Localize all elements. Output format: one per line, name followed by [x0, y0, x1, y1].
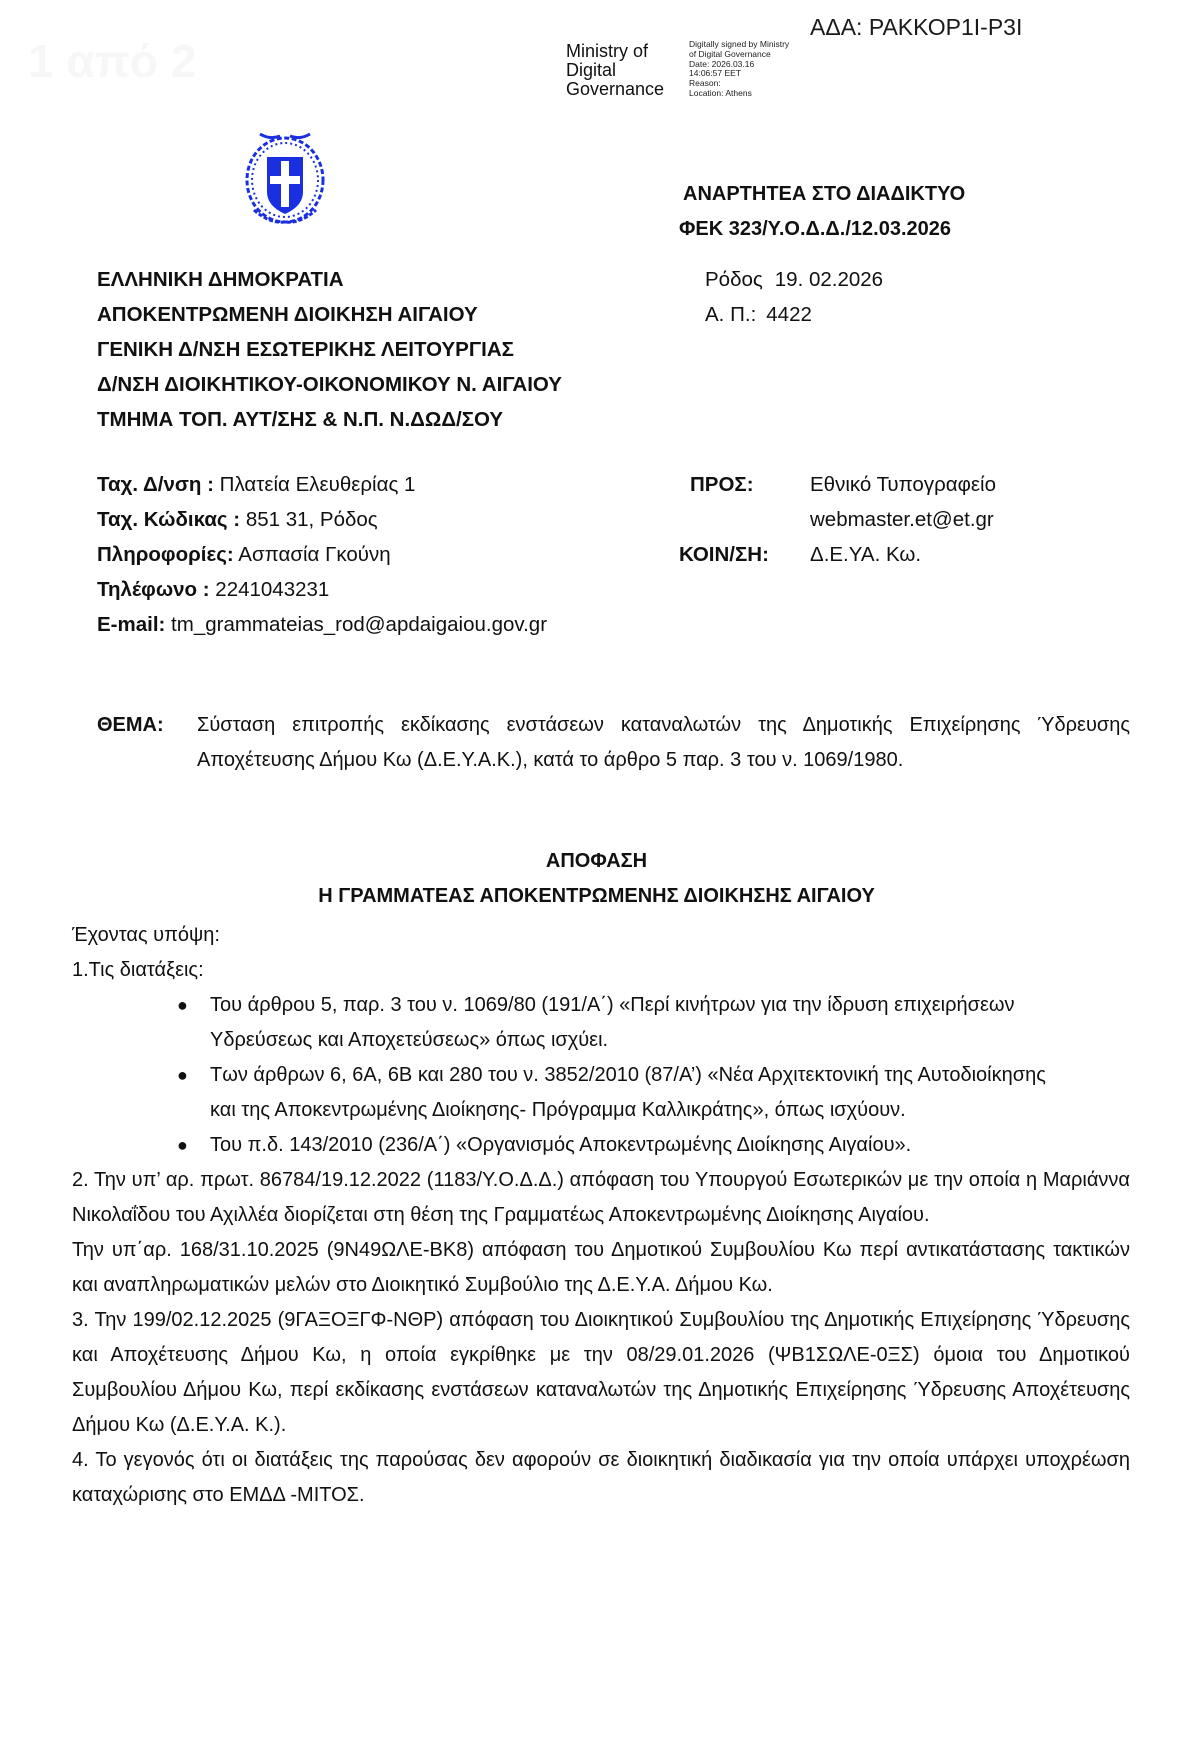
list-item: ●Του άρθρου 5, παρ. 3 του ν. 1069/80 (19…	[72, 988, 1130, 1058]
signature-organization: Ministry of Digital Governance	[566, 42, 686, 99]
list-item: ●Των άρθρων 6, 6Α, 6Β και 280 του ν. 385…	[72, 1058, 1130, 1128]
contact-phone: Τηλέφωνο : 2241043231	[97, 572, 547, 607]
contact-postcode: Ταχ. Κώδικας : 851 31, Ρόδος	[97, 502, 547, 537]
contact-address: Ταχ. Δ/νση : Πλατεία Ελευθερίας 1	[97, 467, 547, 502]
subject-text: Σύσταση επιτροπής εκδίκασης ενστάσεων κα…	[197, 708, 1130, 778]
publication-notice: ΑΝΑΡΤΗΤΕΑ ΣΤΟ ΔΙΑΔΙΚΤΥΟ	[683, 183, 965, 206]
signature-line: Location: Athens	[689, 89, 819, 99]
bullet-icon: ●	[177, 1058, 188, 1093]
contact-info-person: Πληροφορίες: Ασπασία Γκούνη	[97, 537, 547, 572]
gazette-reference: ΦΕΚ 323/Υ.Ο.Δ.Δ./12.03.2026	[679, 218, 951, 241]
protocol-value: 4422	[766, 303, 812, 326]
date-protocol-block: Ρόδος19. 02.2026 Α. Π.:4422	[705, 262, 883, 332]
decision-title: ΑΠΟΦΑΣΗ	[0, 850, 1193, 873]
to-label: ΠΡΟΣ:	[687, 467, 810, 502]
recipients-block: ΠΡΟΣ:Εθνικό Τυπογραφείο webmaster.et@et.…	[687, 467, 996, 572]
date: 19. 02.2026	[775, 268, 883, 291]
cc-recipient: Δ.Ε.ΥΑ. Κω.	[810, 537, 921, 572]
considering-intro: Έχοντας υπόψη:	[72, 918, 1130, 953]
decision-subtitle: Η ΓΡΑΜΜΑΤΕΑΣ ΑΠΟΚΕΝΤΡΩΜΕΝΗΣ ΔΙΟΙΚΗΣΗΣ ΑΙ…	[0, 885, 1193, 908]
issuer-line: Δ/ΝΣΗ ΔΙΟΙΚΗΤΙΚΟΥ-ΟΙΚΟΝΟΜΙΚΟΥ Ν. ΑΙΓΑΙΟΥ	[97, 367, 562, 402]
paragraph-4: 4. Το γεγονός ότι οι διατάξεις της παρού…	[72, 1443, 1130, 1513]
place-date: Ρόδος19. 02.2026	[705, 262, 883, 297]
paragraph-2: 2. Την υπ’ αρ. πρωτ. 86784/19.12.2022 (1…	[72, 1163, 1130, 1233]
recipient-email[interactable]: webmaster.et@et.gr	[810, 502, 994, 537]
issuer-line: ΕΛΛΗΝΙΚΗ ΔΗΜΟΚΡΑΤΙΑ	[97, 262, 562, 297]
cc-label: ΚΟΙΝ/ΣΗ:	[679, 537, 810, 572]
list-item: ●Του π.δ. 143/2010 (236/Α΄) «Οργανισμός …	[72, 1128, 1130, 1163]
ada-code: ΑΔΑ: ΡΑΚΚΟΡ1Ι-Ρ3Ι	[810, 14, 1022, 41]
page-watermark: 1 από 2	[28, 34, 196, 88]
bullet-icon: ●	[177, 1128, 188, 1163]
protocol-number: Α. Π.:4422	[705, 297, 883, 332]
issuer-line: ΓΕΝΙΚΗ Δ/ΝΣΗ ΕΣΩΤΕΡΙΚΗΣ ΛΕΙΤΟΥΡΓΙΑΣ	[97, 332, 562, 367]
contact-email: E-mail: tm_grammateias_rod@apdaigaiou.go…	[97, 607, 547, 642]
subject-block: ΘΕΜΑ: Σύσταση επιτροπής εκδίκασης ενστάσ…	[97, 708, 1130, 778]
provisions-list: ●Του άρθρου 5, παρ. 3 του ν. 1069/80 (19…	[72, 988, 1130, 1163]
issuer-line: ΤΜΗΜΑ ΤΟΠ. ΑΥΤ/ΣΗΣ & Ν.Π. Ν.ΔΩΔ/ΣΟΥ	[97, 402, 562, 437]
email-link[interactable]: tm_grammateias_rod@apdaigaiou.gov.gr	[165, 613, 547, 636]
issuer-line: ΑΠΟΚΕΝΤΡΩΜΕΝΗ ΔΙΟΙΚΗΣΗ ΑΙΓΑΙΟΥ	[97, 297, 562, 332]
signature-details[interactable]: Digitally signed by Ministry of Digital …	[689, 40, 819, 99]
bullet-icon: ●	[177, 988, 188, 1023]
greek-coat-of-arms-icon	[240, 130, 330, 226]
subject-label: ΘΕΜΑ:	[97, 708, 164, 743]
paragraph-3: 3. Την 199/02.12.2025 (9ΓΑΞΟΞΓΦ-ΝΘΡ) από…	[72, 1303, 1130, 1443]
paragraph-2b: Την υπ΄αρ. 168/31.10.2025 (9Ν49ΩΛΕ-ΒΚ8) …	[72, 1233, 1130, 1303]
recipient-name: Εθνικό Τυπογραφείο	[810, 467, 996, 502]
protocol-label: Α. Π.:	[705, 303, 756, 326]
item-1-label: 1.Τις διατάξεις:	[72, 953, 1130, 988]
place: Ρόδος	[705, 268, 763, 291]
contact-block: Ταχ. Δ/νση : Πλατεία Ελευθερίας 1 Ταχ. Κ…	[97, 467, 547, 642]
decision-body: Έχοντας υπόψη: 1.Τις διατάξεις: ●Του άρθ…	[72, 918, 1130, 1513]
issuer-block: ΕΛΛΗΝΙΚΗ ΔΗΜΟΚΡΑΤΙΑ ΑΠΟΚΕΝΤΡΩΜΕΝΗ ΔΙΟΙΚΗ…	[97, 262, 562, 437]
